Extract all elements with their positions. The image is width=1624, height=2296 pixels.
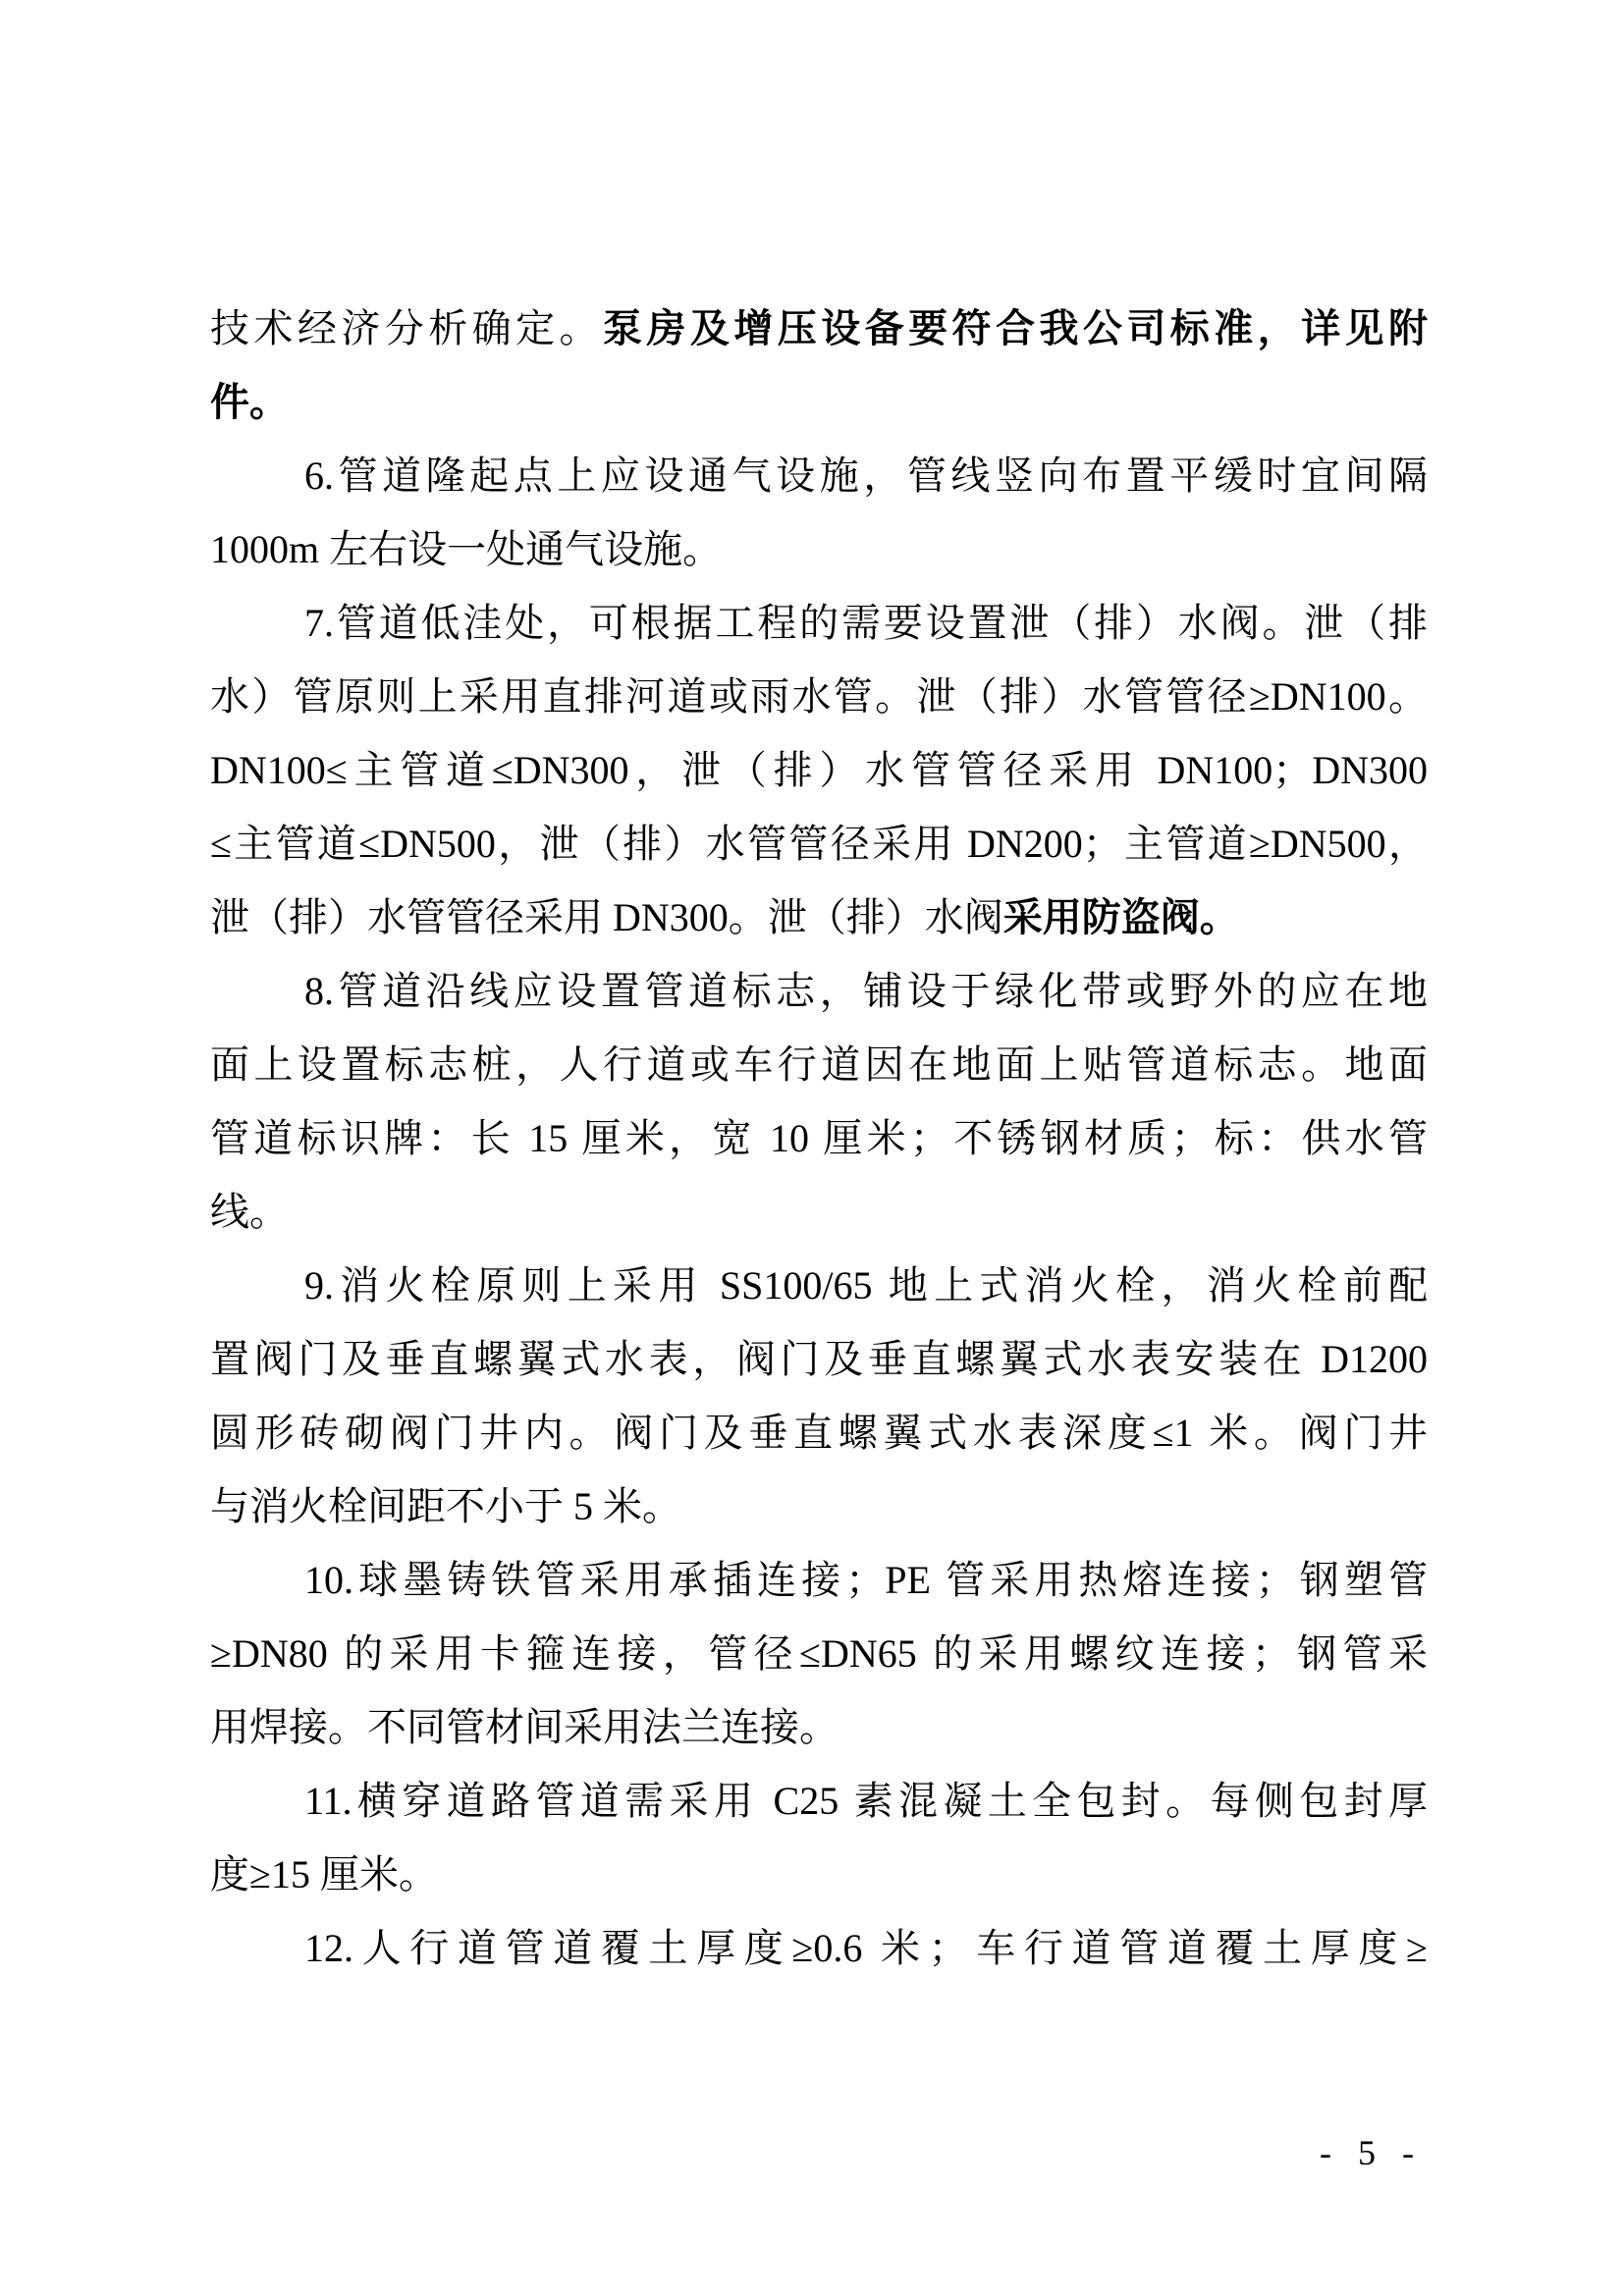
bold-text-segment: 采用防盗阀。 [1003, 895, 1239, 939]
text-line: 置阀门及垂直螺翼式水表，阀门及垂直螺翼式水表安装在 D1200 [210, 1322, 1428, 1396]
text-segment: 线。 [210, 1190, 289, 1234]
text-line: ≤主管道≤DN500，泄（排）水管管径采用 DN200；主管道≥DN500， [210, 807, 1428, 881]
text-line: 12.人行道管道覆土厚度≥0.6 米；车行道管道覆土厚度≥ [210, 1911, 1428, 1985]
document-page: 技术经济分析确定。泵房及增压设备要符合我公司标准，详见附件。6.管道隆起点上应设… [0, 0, 1624, 2296]
text-line: 10.球墨铸铁管采用承插连接；PE 管采用热熔连接；钢塑管 [210, 1543, 1428, 1617]
text-line: ≥DN80 的采用卡箍连接，管径≤DN65 的采用螺纹连接；钢管采 [210, 1617, 1428, 1690]
text-line: 7.管道低洼处，可根据工程的需要设置泄（排）水阀。泄（排 [210, 586, 1428, 660]
text-segment: 11.横穿道路管道需采用 C25 素混凝土全包封。每侧包封厚 [304, 1779, 1428, 1823]
text-line: 泄（排）水管管径采用 DN300。泄（排）水阀采用防盗阀。 [210, 881, 1428, 954]
text-line: 6.管道隆起点上应设通气设施，管线竖向布置平缓时宜间隔 [210, 439, 1428, 512]
text-segment: 技术经济分析确定。 [210, 306, 603, 350]
text-segment: ≤主管道≤DN500，泄（排）水管管径采用 DN200；主管道≥DN500， [210, 822, 1428, 866]
text-segment: 度≥15 厘米。 [210, 1852, 438, 1896]
text-segment: 与消火栓间距不小于 5 米。 [210, 1484, 681, 1528]
text-segment: 圆形砖砌阀门井内。阀门及垂直螺翼式水表深度≤1 米。阀门井 [210, 1411, 1428, 1455]
bold-text-segment: 泵房及增压设备要符合我公司标准，详见附 [603, 306, 1428, 350]
text-line: 件。 [210, 365, 1428, 439]
text-line: 管道标识牌：长 15 厘米，宽 10 厘米；不锈钢材质；标：供水管 [210, 1101, 1428, 1175]
text-segment: DN100≤主管道≤DN300，泄（排）水管管径采用 DN100；DN300 [210, 748, 1428, 792]
text-line: 9.消火栓原则上采用 SS100/65 地上式消火栓，消火栓前配 [210, 1249, 1428, 1322]
text-segment: 10.球墨铸铁管采用承插连接；PE 管采用热熔连接；钢塑管 [304, 1558, 1428, 1602]
text-line: 8.管道沿线应设置管道标志，铺设于绿化带或野外的应在地 [210, 954, 1428, 1028]
text-line: 与消火栓间距不小于 5 米。 [210, 1469, 1428, 1543]
text-segment: ≥DN80 的采用卡箍连接，管径≤DN65 的采用螺纹连接；钢管采 [210, 1631, 1428, 1676]
page-number: - 5 - [1320, 2132, 1421, 2173]
text-line: 水）管原则上采用直排河道或雨水管。泄（排）水管管径≥DN100。 [210, 660, 1428, 733]
text-segment: 管道标识牌：长 15 厘米，宽 10 厘米；不锈钢材质；标：供水管 [210, 1116, 1428, 1160]
text-segment: 6.管道隆起点上应设通气设施，管线竖向布置平缓时宜间隔 [304, 454, 1428, 498]
text-segment: 置阀门及垂直螺翼式水表，阀门及垂直螺翼式水表安装在 D1200 [210, 1337, 1428, 1381]
text-line: 圆形砖砌阀门井内。阀门及垂直螺翼式水表深度≤1 米。阀门井 [210, 1396, 1428, 1469]
text-segment: 1000m 左右设一处通气设施。 [210, 527, 722, 571]
text-segment: 用焊接。不同管材间采用法兰连接。 [210, 1705, 839, 1749]
text-line: 面上设置标志桩，人行道或车行道因在地面上贴管道标志。地面 [210, 1028, 1428, 1101]
text-line: 技术经济分析确定。泵房及增压设备要符合我公司标准，详见附 [210, 292, 1428, 365]
text-segment: 水）管原则上采用直排河道或雨水管。泄（排）水管管径≥DN100。 [210, 674, 1428, 719]
body-text: 技术经济分析确定。泵房及增压设备要符合我公司标准，详见附件。6.管道隆起点上应设… [210, 292, 1428, 1985]
text-segment: 12.人行道管道覆土厚度≥0.6 米；车行道管道覆土厚度≥ [304, 1926, 1428, 1970]
text-line: 线。 [210, 1175, 1428, 1249]
bold-text-segment: 件。 [210, 380, 289, 424]
text-segment: 泄（排）水管管径采用 DN300。泄（排）水阀 [210, 895, 1003, 939]
text-line: 用焊接。不同管材间采用法兰连接。 [210, 1690, 1428, 1764]
text-segment: 9.消火栓原则上采用 SS100/65 地上式消火栓，消火栓前配 [304, 1263, 1428, 1308]
text-segment: 面上设置标志桩，人行道或车行道因在地面上贴管道标志。地面 [210, 1042, 1428, 1087]
text-line: 度≥15 厘米。 [210, 1838, 1428, 1911]
text-segment: 8.管道沿线应设置管道标志，铺设于绿化带或野外的应在地 [304, 969, 1428, 1013]
text-segment: 7.管道低洼处，可根据工程的需要设置泄（排）水阀。泄（排 [304, 601, 1428, 645]
text-line: 1000m 左右设一处通气设施。 [210, 512, 1428, 586]
text-line: DN100≤主管道≤DN300，泄（排）水管管径采用 DN100；DN300 [210, 733, 1428, 807]
text-line: 11.横穿道路管道需采用 C25 素混凝土全包封。每侧包封厚 [210, 1764, 1428, 1838]
